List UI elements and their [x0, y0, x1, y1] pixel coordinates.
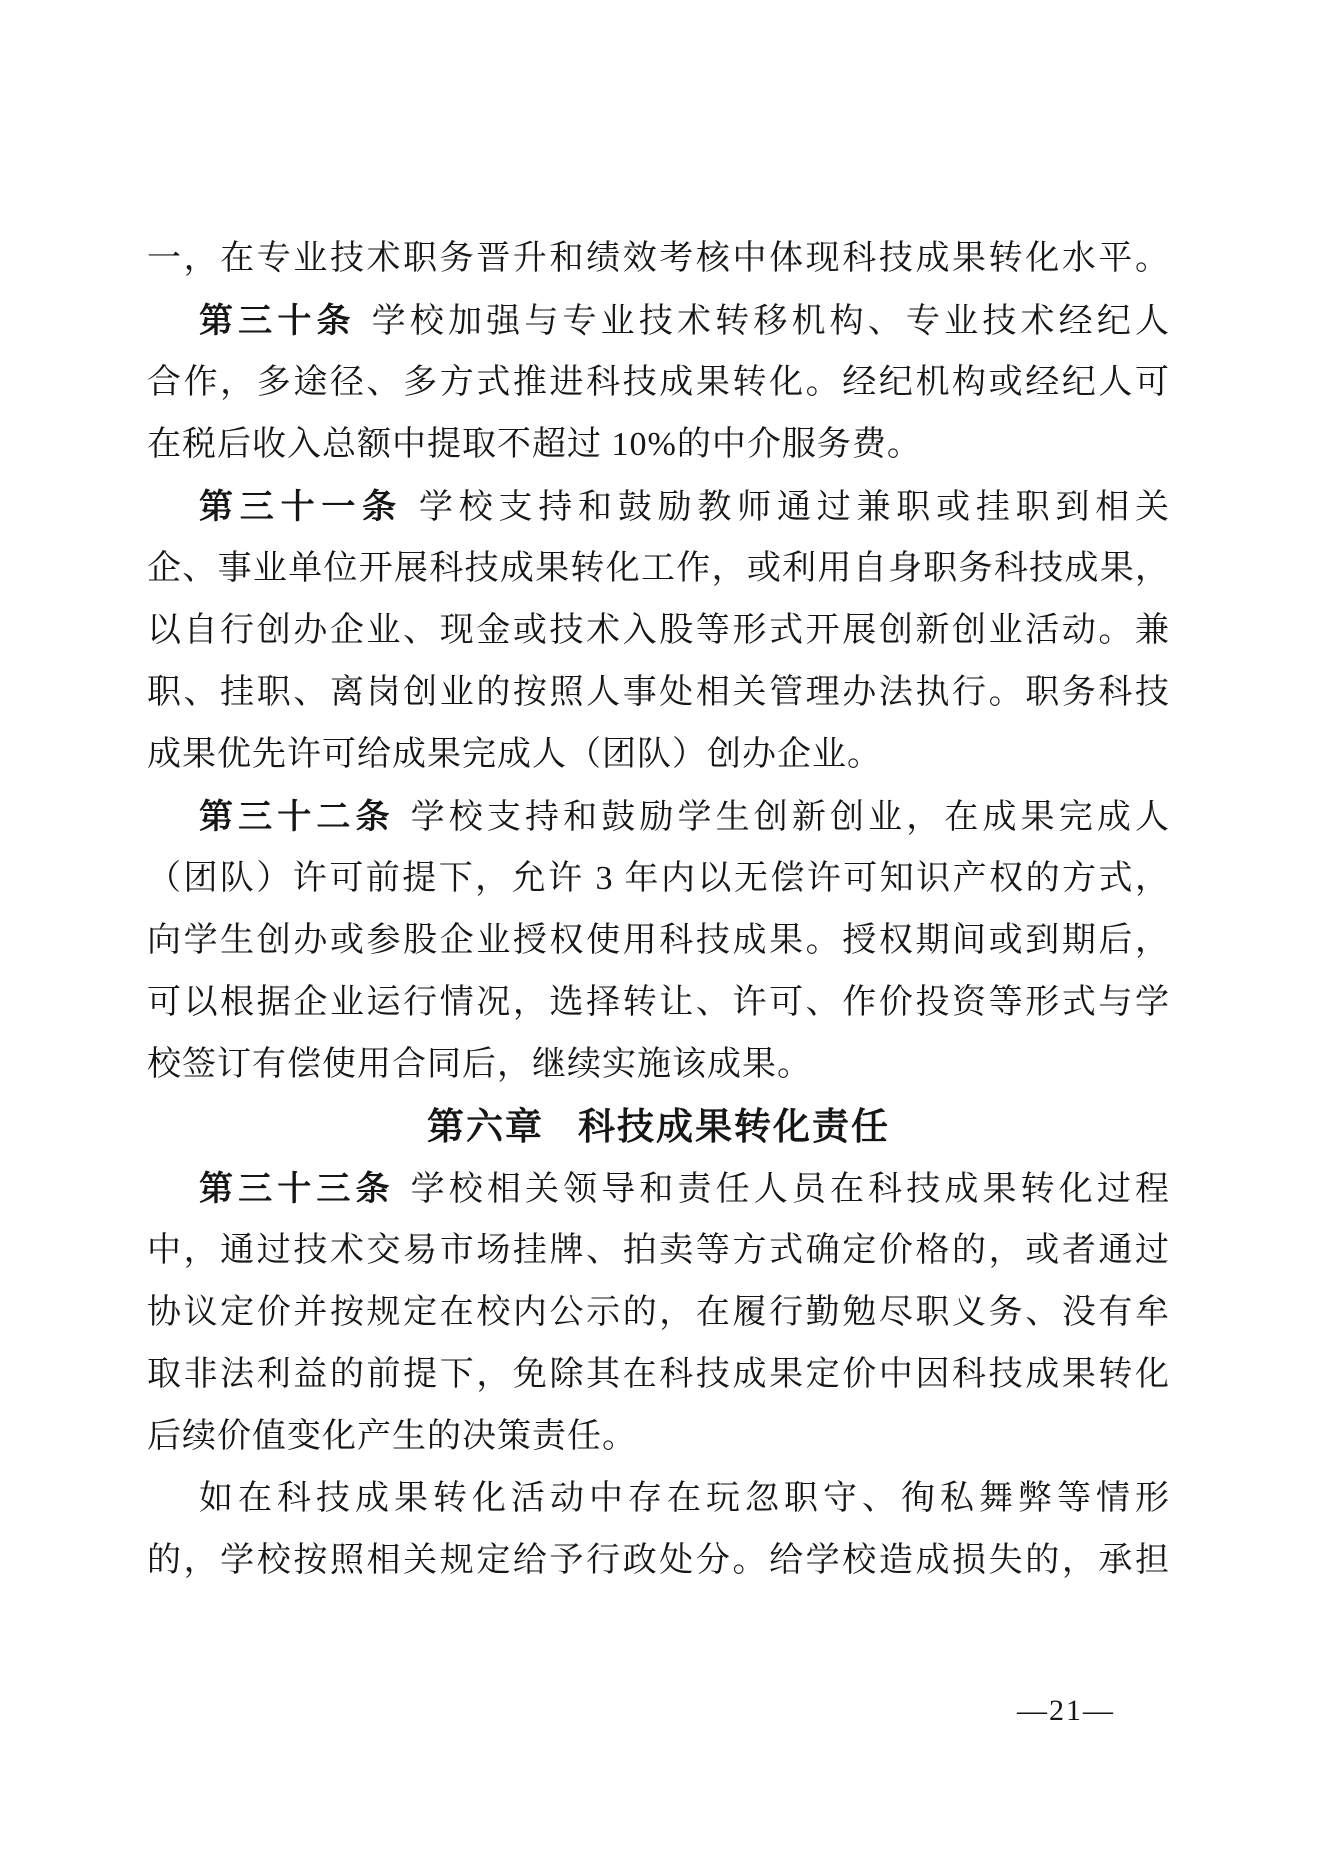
- chapter-title: 科技成果转化责任: [578, 1106, 890, 1147]
- body-line: 一，在专业技术职务晋升和绩效考核中体现科技成果转化水平。: [147, 228, 1170, 290]
- chapter-heading: 第六章科技成果转化责任: [147, 1096, 1170, 1158]
- line-text: 校签订有偿使用合同后，继续实施该成果。: [147, 1046, 812, 1083]
- body-line-article-30: 第三十条学校加强与专业技术转移机构、专业技术经纪人: [147, 290, 1170, 352]
- line-text: 取非法利益的前提下，免除其在科技成果定价中因科技成果转化: [147, 1356, 1170, 1393]
- line-text: （团队）许可前提下，允许 3 年内以无偿许可知识产权的方式，: [147, 860, 1170, 897]
- line-text: 在税后收入总额中提取不超过 10%的中介服务费。: [147, 426, 922, 463]
- line-text: 学校相关领导和责任人员在科技成果转化过程: [411, 1171, 1170, 1208]
- line-text: 的，学校按照相关规定给予行政处分。给学校造成损失的，承担: [147, 1542, 1170, 1579]
- line-text: 学校支持和鼓励教师通过兼职或挂职到相关: [419, 489, 1170, 526]
- body-line: 中，通过技术交易市场挂牌、拍卖等方式确定价格的，或者通过: [147, 1220, 1170, 1282]
- body-line: 合作，多途径、多方式推进科技成果转化。经纪机构或经纪人可: [147, 352, 1170, 414]
- body-line: 成果优先许可给成果完成人（团队）创办企业。: [147, 724, 1170, 786]
- line-text: 可以根据企业运行情况，选择转让、许可、作价投资等形式与学: [147, 984, 1170, 1021]
- body-line: 如在科技成果转化活动中存在玩忽职守、徇私舞弊等情形: [147, 1468, 1170, 1530]
- body-line: 协议定价并按规定在校内公示的，在履行勤勉尽职义务、没有牟: [147, 1282, 1170, 1344]
- line-text: 以自行创办企业、现金或技术入股等形式开展创新创业活动。兼: [147, 612, 1170, 649]
- body-line: 企、事业单位开展科技成果转化工作，或利用自身职务科技成果，: [147, 538, 1170, 600]
- body-line: 在税后收入总额中提取不超过 10%的中介服务费。: [147, 414, 1170, 476]
- body-line: 后续价值变化产生的决策责任。: [147, 1406, 1170, 1468]
- line-text: 学校支持和鼓励学生创新创业，在成果完成人: [411, 799, 1170, 836]
- body-line: 向学生创办或参股企业授权使用科技成果。授权期间或到期后，: [147, 910, 1170, 972]
- article-number: 第三十三条: [199, 1170, 395, 1208]
- body-line: 可以根据企业运行情况，选择转让、许可、作价投资等形式与学: [147, 972, 1170, 1034]
- chapter-number: 第六章: [427, 1106, 544, 1147]
- body-line-article-31: 第三十一条学校支持和鼓励教师通过兼职或挂职到相关: [147, 476, 1170, 538]
- body-line: 的，学校按照相关规定给予行政处分。给学校造成损失的，承担: [147, 1530, 1170, 1592]
- line-text: 协议定价并按规定在校内公示的，在履行勤勉尽职义务、没有牟: [147, 1294, 1170, 1331]
- document-page: 一，在专业技术职务晋升和绩效考核中体现科技成果转化水平。 第三十条学校加强与专业…: [0, 0, 1323, 1871]
- line-text: 中，通过技术交易市场挂牌、拍卖等方式确定价格的，或者通过: [147, 1232, 1170, 1269]
- line-text: 成果优先许可给成果完成人（团队）创办企业。: [147, 736, 882, 773]
- article-number: 第三十一条: [199, 488, 403, 526]
- line-text: 企、事业单位开展科技成果转化工作，或利用自身职务科技成果，: [147, 550, 1170, 587]
- line-text: 一，在专业技术职务晋升和绩效考核中体现科技成果转化水平。: [147, 240, 1170, 277]
- line-text: 学校加强与专业技术转移机构、专业技术经纪人: [372, 303, 1170, 340]
- body-line: 以自行创办企业、现金或技术入股等形式开展创新创业活动。兼: [147, 600, 1170, 662]
- body-line-article-32: 第三十二条学校支持和鼓励学生创新创业，在成果完成人: [147, 786, 1170, 848]
- body-line: 职、挂职、离岗创业的按照人事处相关管理办法执行。职务科技: [147, 662, 1170, 724]
- article-number: 第三十条: [199, 302, 356, 340]
- page-number: —21—: [1017, 1693, 1115, 1729]
- body-line: （团队）许可前提下，允许 3 年内以无偿许可知识产权的方式，: [147, 848, 1170, 910]
- line-text: 后续价值变化产生的决策责任。: [147, 1418, 637, 1455]
- line-text: 向学生创办或参股企业授权使用科技成果。授权期间或到期后，: [147, 922, 1170, 959]
- body-line: 校签订有偿使用合同后，继续实施该成果。: [147, 1034, 1170, 1096]
- body-line-article-33: 第三十三条学校相关领导和责任人员在科技成果转化过程: [147, 1158, 1170, 1220]
- line-text: 职、挂职、离岗创业的按照人事处相关管理办法执行。职务科技: [147, 674, 1170, 711]
- body-line: 取非法利益的前提下，免除其在科技成果定价中因科技成果转化: [147, 1344, 1170, 1406]
- line-text: 合作，多途径、多方式推进科技成果转化。经纪机构或经纪人可: [147, 364, 1170, 401]
- line-text: 如在科技成果转化活动中存在玩忽职守、徇私舞弊等情形: [199, 1480, 1170, 1517]
- document-body: 一，在专业技术职务晋升和绩效考核中体现科技成果转化水平。 第三十条学校加强与专业…: [147, 228, 1170, 1592]
- article-number: 第三十二条: [199, 798, 395, 836]
